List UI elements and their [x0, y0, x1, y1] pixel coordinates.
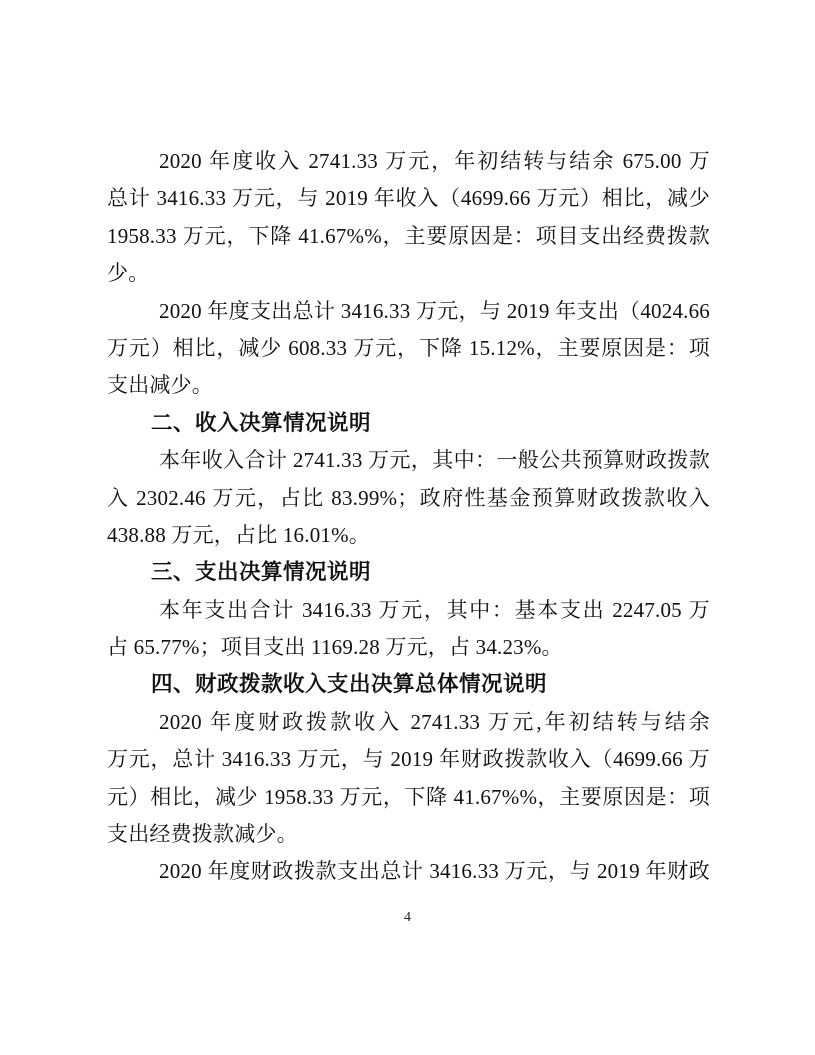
document-body: 2020 年度收入 2741.33 万元，年初结转与结余 675.00 万元，总…: [107, 143, 710, 891]
text-line: 四、财政拨款收入支出决算总体情况说明: [107, 666, 710, 703]
text-line: 2020 年度财政拨款收入 2741.33 万元,年初结转与结余 675.00: [107, 704, 710, 741]
paragraph: 本年收入合计 2741.33 万元，其中：一般公共预算财政拨款收入 2302.4…: [107, 442, 710, 554]
paragraph: 2020 年度财政拨款收入 2741.33 万元,年初结转与结余 675.00万…: [107, 704, 710, 854]
document-page: 2020 年度收入 2741.33 万元，年初结转与结余 675.00 万元，总…: [0, 0, 815, 1055]
text-line: 元）相比，减少 1958.33 万元，下降 41.67%%，主要原因是：项目: [107, 779, 710, 816]
text-line: 三、支出决算情况说明: [107, 554, 710, 591]
paragraph: 本年支出合计 3416.33 万元，其中：基本支出 2247.05 万元，占 6…: [107, 592, 710, 667]
text-line: 1958.33 万元，下降 41.67%%，主要原因是：项目支出经费拨款减: [107, 218, 710, 255]
text-line: 支出减少。: [107, 367, 710, 404]
text-line: 万元，总计 3416.33 万元，与 2019 年财政拨款收入（4699.66 …: [107, 741, 710, 778]
text-line: 2020 年度收入 2741.33 万元，年初结转与结余 675.00 万元，: [107, 143, 710, 180]
paragraph: 2020 年度收入 2741.33 万元，年初结转与结余 675.00 万元，总…: [107, 143, 710, 293]
text-line: 本年收入合计 2741.33 万元，其中：一般公共预算财政拨款收: [107, 442, 710, 479]
paragraph: 2020 年度财政拨款支出总计 3416.33 万元，与 2019 年财政拨: [107, 853, 710, 890]
section-heading: 四、财政拨款收入支出决算总体情况说明: [107, 666, 710, 703]
text-line: 入 2302.46 万元，占比 83.99%；政府性基金预算财政拨款收入: [107, 480, 710, 517]
paragraph: 2020 年度支出总计 3416.33 万元，与 2019 年支出（4024.6…: [107, 293, 710, 405]
text-line: 二、收入决算情况说明: [107, 405, 710, 442]
text-line: 少。: [107, 255, 710, 292]
text-line: 万元）相比，减少 608.33 万元，下降 15.12%，主要原因是：项目: [107, 330, 710, 367]
text-line: 本年支出合计 3416.33 万元，其中：基本支出 2247.05 万元，: [107, 592, 710, 629]
text-line: 占 65.77%；项目支出 1169.28 万元，占 34.23%。: [107, 629, 710, 666]
text-line: 支出经费拨款减少。: [107, 816, 710, 853]
text-line: 2020 年度财政拨款支出总计 3416.33 万元，与 2019 年财政拨: [107, 853, 710, 890]
section-heading: 三、支出决算情况说明: [107, 554, 710, 591]
section-heading: 二、收入决算情况说明: [107, 405, 710, 442]
text-line: 438.88 万元，占比 16.01%。: [107, 517, 710, 554]
text-line: 总计 3416.33 万元，与 2019 年收入（4699.66 万元）相比，减…: [107, 180, 710, 217]
text-line: 2020 年度支出总计 3416.33 万元，与 2019 年支出（4024.6…: [107, 293, 710, 330]
page-number: 4: [0, 908, 815, 928]
